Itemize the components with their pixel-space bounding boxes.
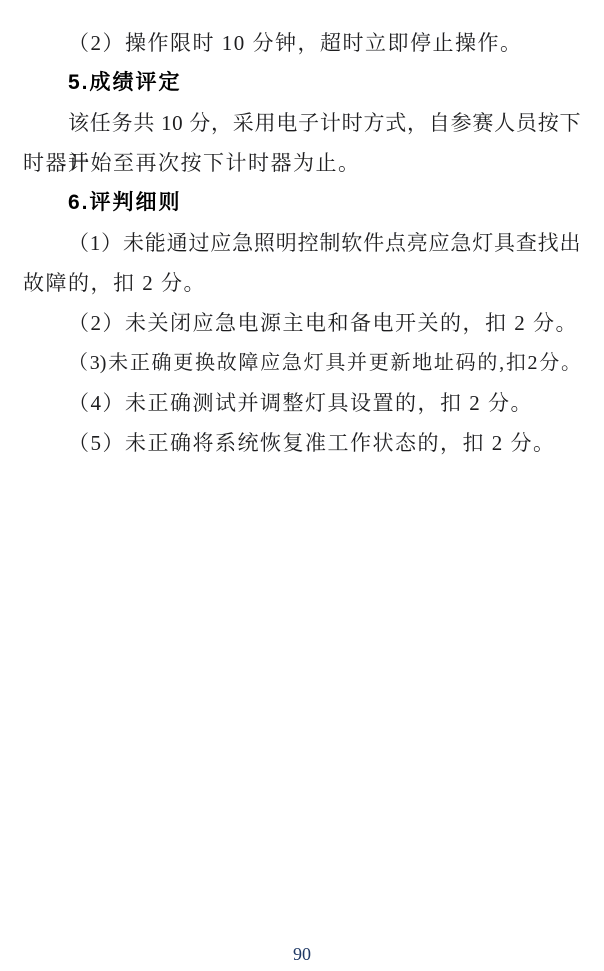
rule-item-4: （4）未正确测试并调整灯具设置的，扣 2 分。: [23, 383, 581, 423]
rule-item-3: （3)未正确更换故障应急灯具并更新地址码的,扣2分。: [23, 343, 581, 383]
document-body: （2）操作限时 10 分钟，超时立即停止操作。 5.成绩评定 该任务共 10 分…: [23, 23, 581, 463]
rule-item-2: （2）未关闭应急电源主电和备电开关的，扣 2 分。: [23, 303, 581, 343]
section-heading-6-judging-rules: 6.评判细则: [23, 183, 581, 223]
rule-item-5: （5）未正确将系统恢复准工作状态的，扣 2 分。: [23, 423, 581, 463]
paragraph-line-task-total-points-2: 时器开始至再次按下计时器为止。: [23, 143, 581, 183]
rule-item-1-line-2: 故障的，扣 2 分。: [23, 263, 581, 303]
paragraph-line-operation-time-limit: （2）操作限时 10 分钟，超时立即停止操作。: [23, 23, 581, 63]
document-page: （2）操作限时 10 分钟，超时立即停止操作。 5.成绩评定 该任务共 10 分…: [0, 0, 604, 971]
rule-item-1-line-1: （1）未能通过应急照明控制软件点亮应急灯具查找出: [23, 223, 581, 263]
page-number: 90: [0, 941, 604, 967]
section-heading-5-score-evaluation: 5.成绩评定: [23, 63, 581, 103]
paragraph-line-task-total-points-1: 该任务共 10 分，采用电子计时方式，自参赛人员按下计: [23, 103, 581, 143]
